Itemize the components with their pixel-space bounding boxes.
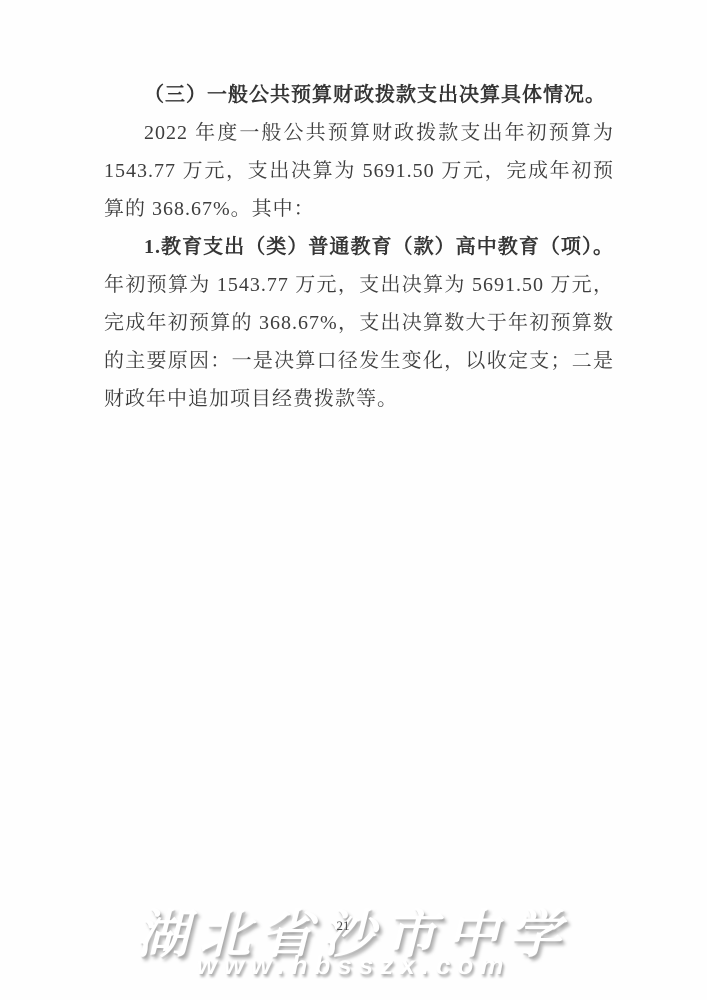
paragraph-education-expenditure: 1.教育支出（类）普通教育（款）高中教育（项）。年初预算为 1543.77 万元… (104, 228, 614, 418)
section-heading: （三）一般公共预算财政拨款支出决算具体情况。 (104, 76, 614, 114)
document-body: （三）一般公共预算财政拨款支出决算具体情况。 2022 年度一般公共预算财政拨款… (104, 76, 614, 418)
page-number: 21 (330, 918, 356, 934)
paragraph-text: 年初预算为 1543.77 万元，支出决算为 5691.50 万元，完成年初预算… (104, 274, 614, 410)
paragraph-budget-summary: 2022 年度一般公共预算财政拨款支出年初预算为 1543.77 万元，支出决算… (104, 114, 614, 228)
website-watermark: www.hbsszx.com (0, 950, 707, 981)
paragraph-text: 2022 年度一般公共预算财政拨款支出年初预算为 1543.77 万元，支出决算… (104, 122, 614, 220)
document-page: （三）一般公共预算财政拨款支出决算具体情况。 2022 年度一般公共预算财政拨款… (0, 0, 707, 1000)
paragraph-lead: 1.教育支出（类）普通教育（款）高中教育（项）。 (144, 236, 614, 258)
